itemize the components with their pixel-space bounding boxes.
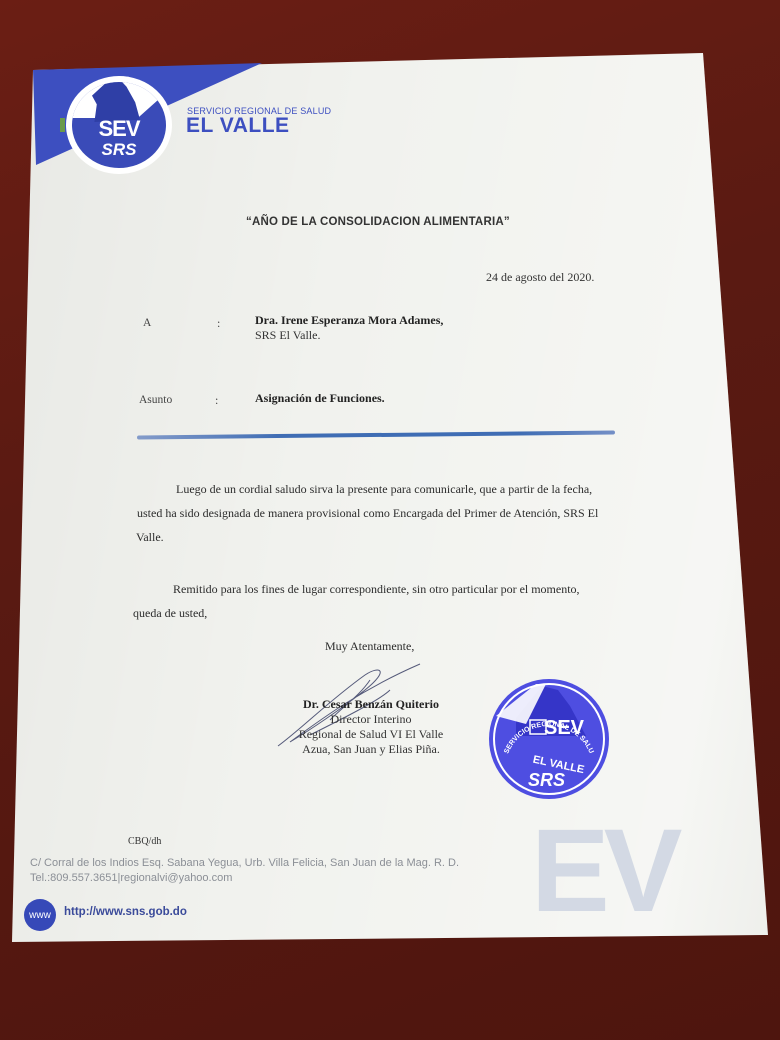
signature-block: Dr. Cesar Benzán Quiterio Director Inter… bbox=[296, 697, 446, 757]
letter-date: 24 de agosto del 2020. bbox=[486, 270, 594, 285]
recipient-org: SRS El Valle. bbox=[255, 328, 320, 343]
subject-colon: : bbox=[215, 393, 218, 408]
recipient-name: Dra. Irene Esperanza Mora Adames, bbox=[255, 313, 443, 328]
subject-value: Asignación de Funciones. bbox=[255, 391, 385, 406]
svg-text:SRS: SRS bbox=[528, 770, 565, 790]
body-line: queda de usted, bbox=[133, 606, 207, 621]
www-icon: www bbox=[24, 899, 56, 931]
srs-logo: SEV SRS bbox=[66, 76, 172, 174]
footer-url[interactable]: http://www.sns.gob.do bbox=[64, 906, 187, 918]
org-title: EL VALLE bbox=[186, 114, 290, 138]
footer-address: C/ Corral de los Indios Esq. Sabana Yegu… bbox=[30, 857, 459, 869]
recipient-colon: : bbox=[217, 316, 220, 331]
logo-srs-text: SRS bbox=[72, 140, 166, 160]
signatory-title: Director Interino bbox=[296, 712, 446, 727]
logo-sev-text: SEV bbox=[72, 116, 166, 142]
year-motto: “AÑO DE LA CONSOLIDACION ALIMENTARIA” bbox=[246, 216, 510, 228]
reference-initials: CBQ/dh bbox=[128, 836, 161, 847]
body-line: Luego de un cordial saludo sirva la pres… bbox=[176, 482, 592, 497]
footer-contact: Tel.:809.557.3651|regionalvi@yahoo.com bbox=[30, 872, 232, 884]
signatory-region: Azua, San Juan y Elias Piña. bbox=[296, 742, 446, 757]
recipient-label: A bbox=[143, 317, 151, 329]
body-line: usted ha sido designada de manera provis… bbox=[137, 506, 598, 521]
letter-photo: SEV SRS SERVICIO REGIONAL DE SALUD EL VA… bbox=[0, 0, 780, 1040]
closing: Muy Atentamente, bbox=[325, 639, 414, 654]
signatory-office: Regional de Salud VI El Valle bbox=[296, 727, 446, 742]
official-stamp: SEV SERVICIO REGIONAL DE SALUD EL VALLE … bbox=[486, 676, 612, 802]
logo-accent-mark bbox=[60, 118, 65, 132]
signatory-name: Dr. Cesar Benzán Quiterio bbox=[296, 697, 446, 712]
body-line: Valle. bbox=[136, 530, 164, 545]
subject-label: Asunto bbox=[139, 394, 172, 406]
ev-watermark: EV bbox=[531, 812, 676, 930]
body-line: Remitido para los fines de lugar corresp… bbox=[173, 582, 580, 597]
